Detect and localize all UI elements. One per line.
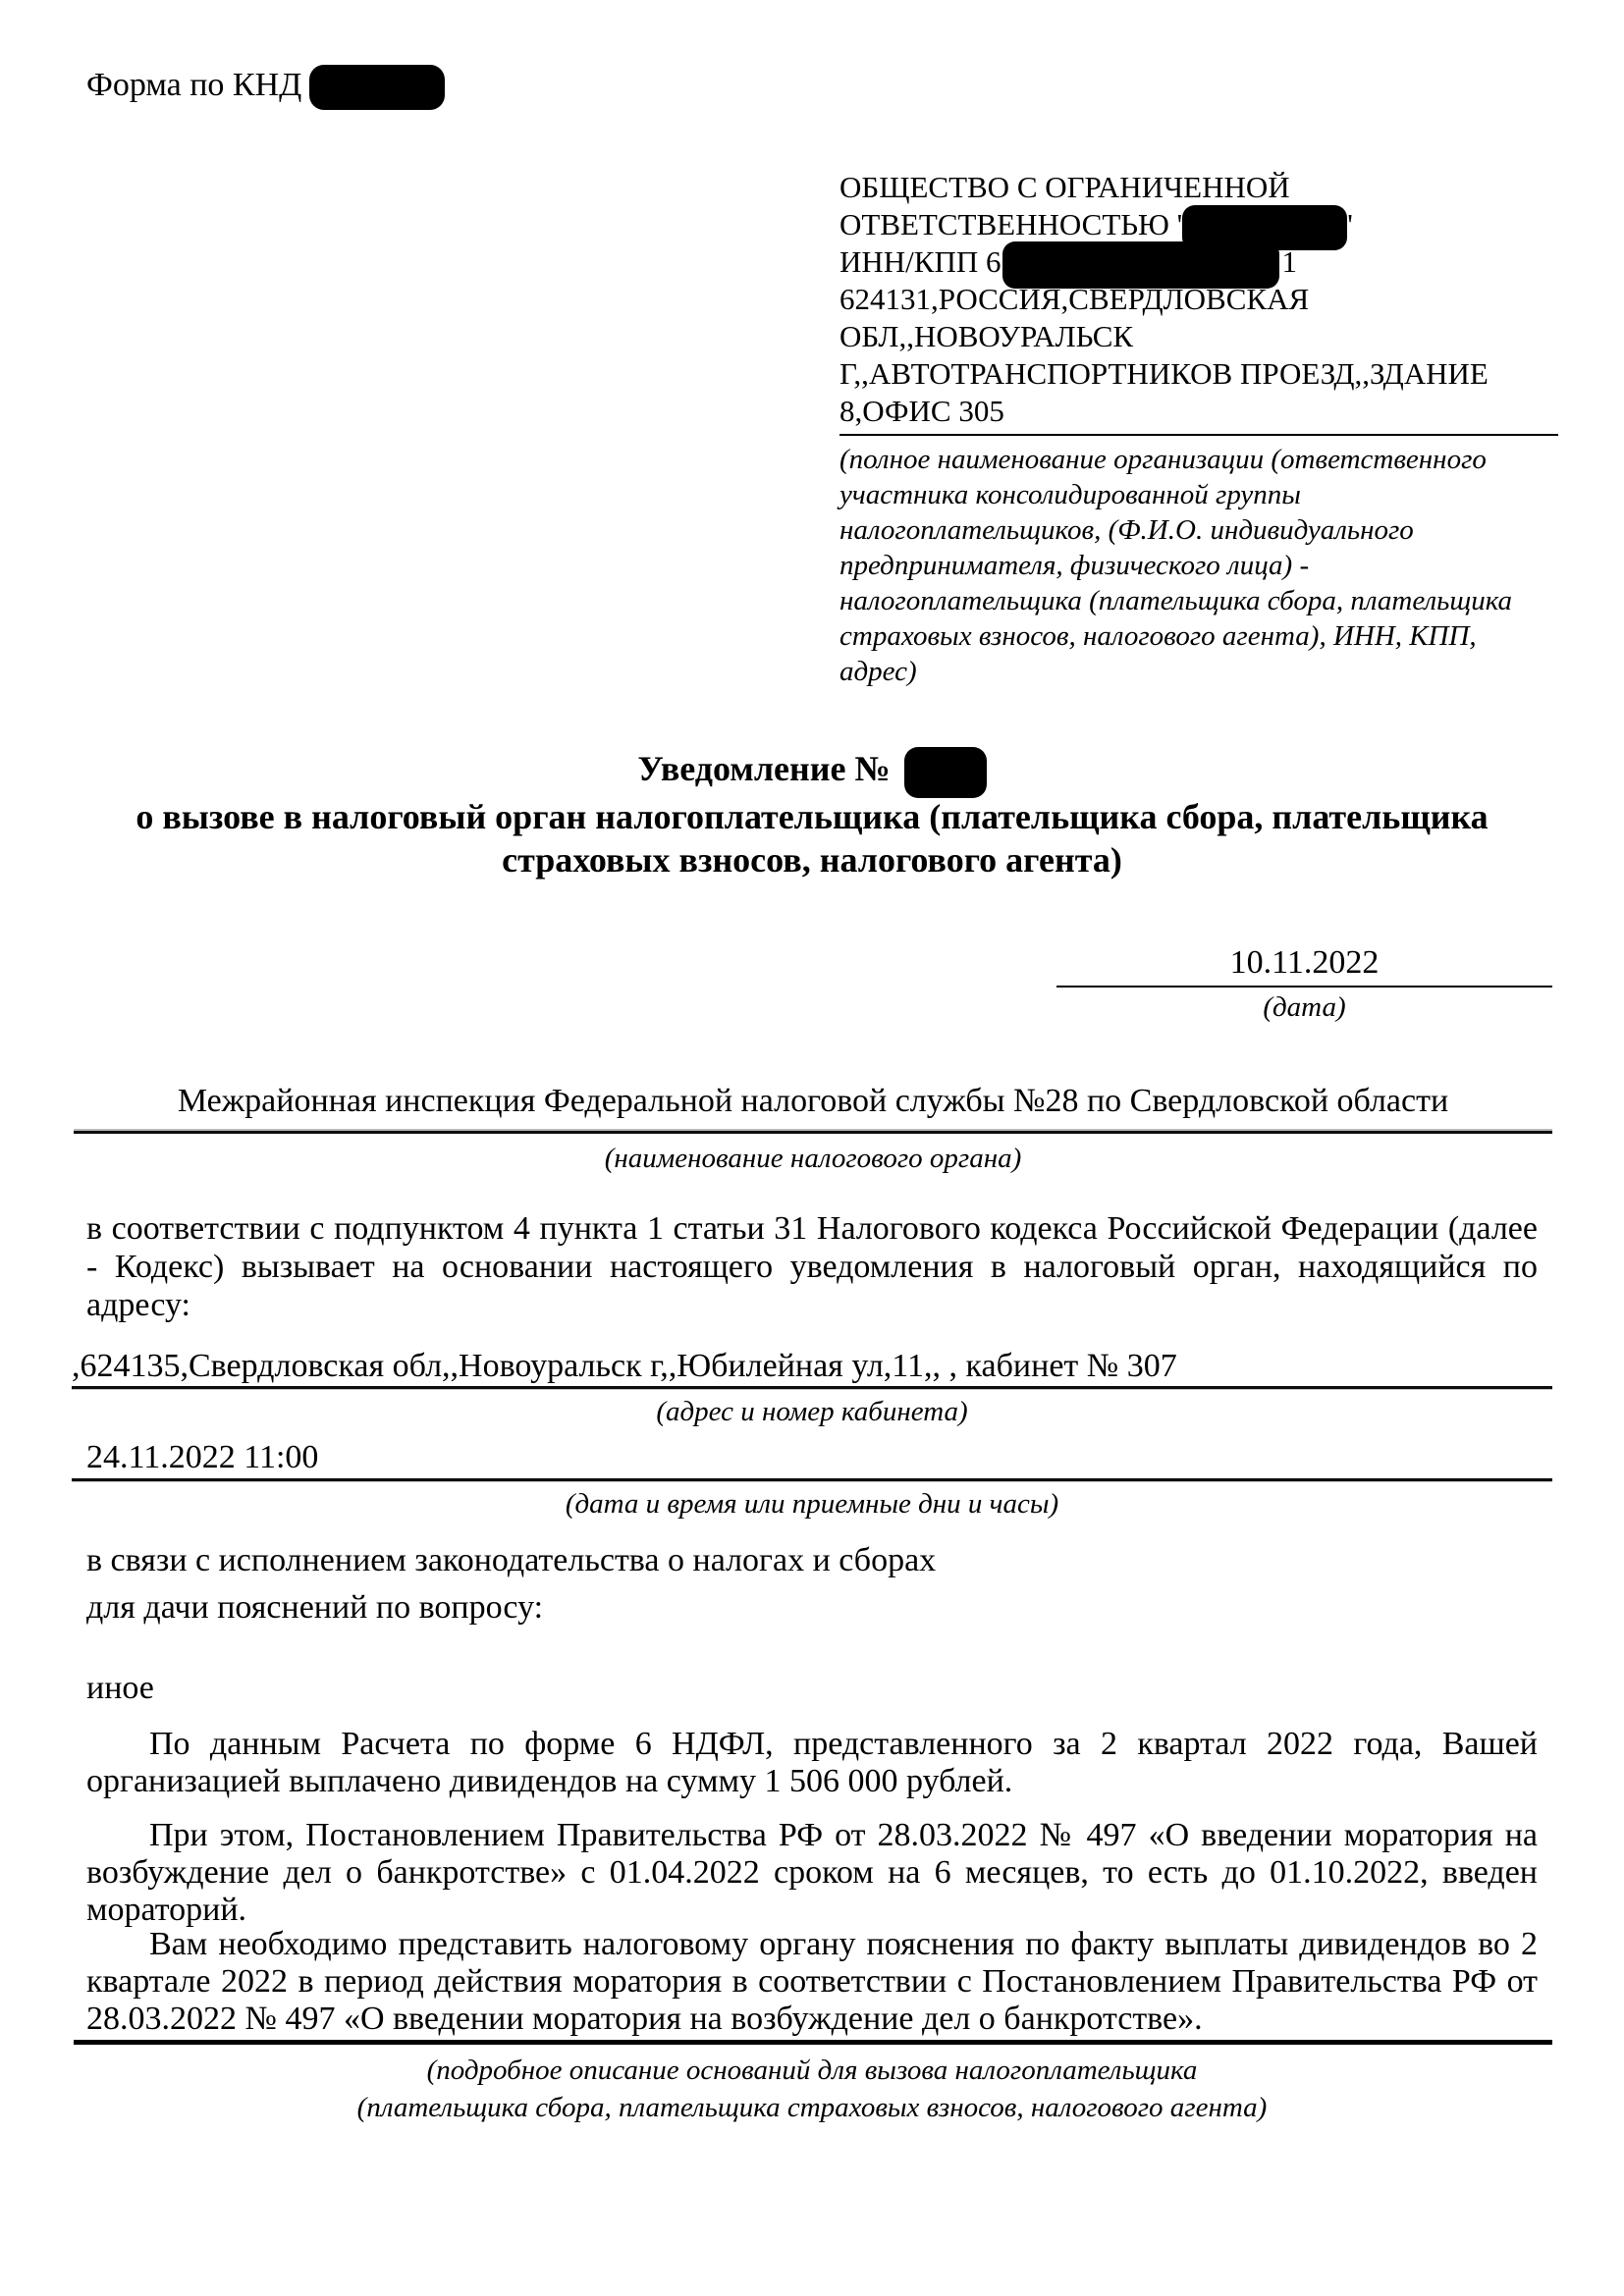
title-line-1: Уведомление № [0,742,1624,795]
inn-kpp-prefix: ИНН/КПП 6 [839,244,1001,279]
visit-address: ,624135,Свердловская обл,,Новоуральск г,… [72,1347,1552,1389]
recipient-line: 624131,РОССИЯ,СВЕРДЛОВСКАЯ [839,281,1558,318]
title-line-2: о вызове в налоговый орган налогоплатель… [0,795,1624,838]
knd-number-redaction-box [309,65,445,110]
topic-label: иное [86,1669,1538,1708]
legal-basis-paragraph: в соответствии с подпунктом 4 пункта 1 с… [86,1209,1538,1324]
date-block: 10.11.2022 (дата) [1056,940,1552,1024]
recipient-block: ОБЩЕСТВО С ОГРАНИЧЕННОЙ ОТВЕТСТВЕННОСТЬЮ… [839,169,1558,689]
explanation-paragraph-1: По данным Расчета по форме 6 НДФЛ, предс… [86,1726,1538,1800]
inn-kpp-suffix: 1 [1281,244,1297,279]
grounds-underline [74,2040,1552,2045]
tax-authority-underline [74,1131,1552,1134]
company-name-suffix: ' [1347,207,1353,241]
tax-notice-document: Форма по КНД ОБЩЕСТВО С ОГРАНИЧЕННОЙ ОТВ… [0,0,1624,2296]
recipient-line: ИНН/КПП 61 [839,243,1558,281]
company-name-prefix: ОТВЕТСТВЕННОСТЬЮ ' [839,207,1182,241]
title-line-3: страховых взносов, налогового агента) [0,838,1624,881]
document-title: Уведомление № о вызове в налоговый орган… [0,742,1624,881]
date-caption: (дата) [1056,990,1552,1024]
visit-datetime: 24.11.2022 11:00 [72,1437,1552,1481]
visit-datetime-block: 24.11.2022 11:00 (дата и время или прием… [72,1437,1552,1521]
visit-address-block: ,624135,Свердловская обл,,Новоуральск г,… [72,1347,1552,1428]
notice-date: 10.11.2022 [1056,940,1552,988]
reason-line-1: в связи с исполнением законодательства о… [86,1541,1538,1580]
grounds-caption-line-2: (плательщика сбора, плательщика страховы… [86,2091,1538,2124]
recipient-line: Г,,АВТОТРАНСПОРТНИКОВ ПРОЕЗД,,ЗДАНИЕ [839,355,1558,393]
knd-form-label: Форма по КНД [86,67,301,103]
title-notice-label: Уведомление № [637,749,890,788]
recipient-line: ОТВЕТСТВЕННОСТЬЮ '' [839,206,1558,243]
knd-form-row: Форма по КНД [86,61,445,110]
visit-datetime-caption: (дата и время или приемные дни и часы) [72,1487,1552,1521]
recipient-line: ОБЩЕСТВО С ОГРАНИЧЕННОЙ [839,169,1558,206]
tax-authority-caption: (наименование налогового органа) [74,1142,1552,1175]
explanation-paragraph-3: Вам необходимо представить налоговому ор… [86,1926,1538,2038]
grounds-caption-line-1: (подробное описание оснований для вызова… [86,2054,1538,2087]
recipient-line: 8,ОФИС 305 [839,393,1558,430]
recipient-caption: (полное наименование организации (ответс… [839,442,1558,689]
tax-authority-name: Межрайонная инспекция Федеральной налого… [74,1080,1552,1123]
visit-address-caption: (адрес и номер кабинета) [72,1395,1552,1428]
recipient-line: ОБЛ,,НОВОУРАЛЬСК [839,318,1558,355]
reason-line-2: для дачи пояснений по вопросу: [86,1588,1538,1628]
notice-number-redaction-box [904,747,987,798]
tax-authority-block: Межрайонная инспекция Федеральной налого… [74,1080,1552,1175]
recipient-underline [839,434,1558,436]
explanation-paragraph-2: При этом, Постановлением Правительства Р… [86,1817,1538,1929]
